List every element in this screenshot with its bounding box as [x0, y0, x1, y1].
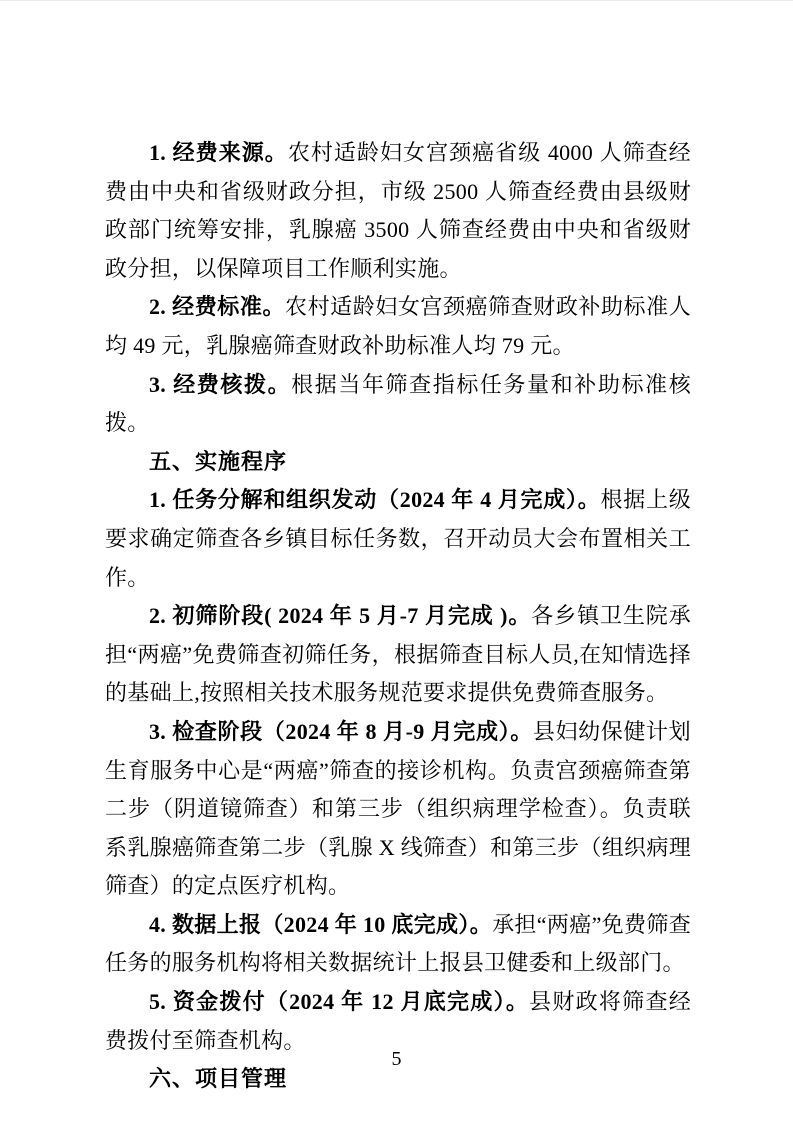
paragraph-text: 县妇幼保健计划生育服务中心是“两癌”筛查的接诊机构。负责宫颈癌筛查第二步（阴道镜…: [105, 719, 691, 898]
page-number: 5: [392, 1048, 402, 1070]
paragraph-funding-standard: 2. 经费标准。农村适龄妇女宫颈癌筛查财政补助标准人均 49 元，乳腺癌筛查财政…: [105, 288, 691, 365]
paragraph-lead: 2. 经费标准。: [149, 294, 285, 319]
paragraph-task-decomposition: 1. 任务分解和组织发动（2024 年 4 月完成）。根据上级要求确定筛查各乡镇…: [105, 481, 691, 597]
paragraph-lead: 1. 经费来源。: [149, 140, 288, 165]
paragraph-initial-screening: 2. 初筛阶段( 2024 年 5 月-7 月完成 )。各乡镇卫生院承担“两癌”…: [105, 597, 691, 713]
document-page: 1. 经费来源。农村适龄妇女宫颈癌省级 4000 人筛查经费由中央和省级财政分担…: [0, 0, 793, 1123]
paragraph-lead: 4. 数据上报（2024 年 10 底完成）。: [149, 912, 492, 937]
section-heading-implementation-procedure: 五、实施程序: [105, 443, 691, 482]
paragraph-data-reporting: 4. 数据上报（2024 年 10 底完成）。承担“两癌”免费筛查任务的服务机构…: [105, 906, 691, 983]
paragraph-funding-allocation: 3. 经费核拨。根据当年筛查指标任务量和补助标准核拨。: [105, 366, 691, 443]
paragraph-lead: 3. 经费核拨。: [149, 372, 291, 397]
paragraph-lead: 5. 资金拨付（2024 年 12 月底完成）。: [149, 989, 529, 1014]
paragraph-lead: 3. 检查阶段（2024 年 8 月-9 月完成）。: [149, 719, 533, 744]
paragraph-funding-source: 1. 经费来源。农村适龄妇女宫颈癌省级 4000 人筛查经费由中央和省级财政分担…: [105, 134, 691, 288]
paragraph-lead: 2. 初筛阶段( 2024 年 5 月-7 月完成 )。: [149, 603, 531, 628]
paragraph-lead: 1. 任务分解和组织发动（2024 年 4 月完成）。: [149, 487, 600, 512]
paragraph-examination-stage: 3. 检查阶段（2024 年 8 月-9 月完成）。县妇幼保健计划生育服务中心是…: [105, 713, 691, 906]
document-body: 1. 经费来源。农村适龄妇女宫颈癌省级 4000 人筛查经费由中央和省级财政分担…: [105, 134, 691, 1099]
page-footer: 5: [0, 1048, 793, 1071]
